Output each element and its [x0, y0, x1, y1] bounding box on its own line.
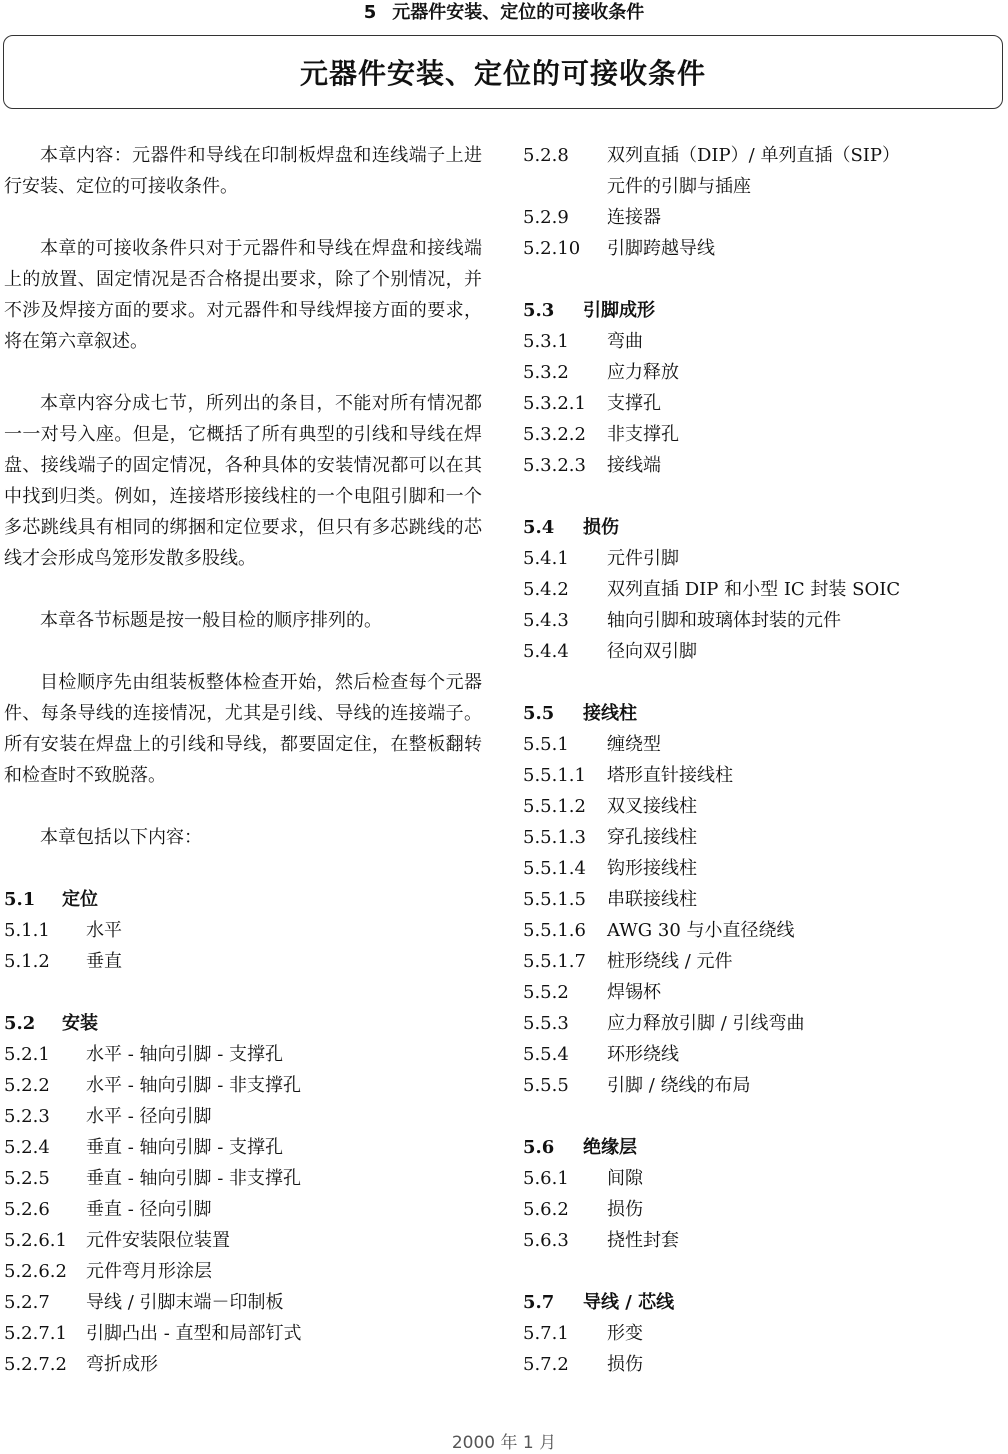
toc-heading: 5.7导线 / 芯线	[523, 1287, 1003, 1318]
toc-item: 5.2.2水平 - 轴向引脚 - 非支撑孔	[4, 1070, 482, 1101]
toc-title: 双列直插（DIP）/ 单列直插（SIP）	[607, 140, 1003, 171]
toc-title: 支撑孔	[607, 388, 1003, 419]
toc-item: 5.5.1.1塔形直针接线柱	[523, 760, 1003, 791]
toc-item: 5.3.2应力释放	[523, 357, 1003, 388]
toc-title: AWG 30 与小直径绕线	[607, 915, 1003, 946]
toc-title: 绝缘层	[583, 1132, 1003, 1163]
running-header: 5元器件安装、定位的可接收条件	[0, 0, 1008, 26]
toc-item: 5.3.2.1支撑孔	[523, 388, 1003, 419]
toc-number: 5.5.1.7	[523, 946, 607, 977]
toc-title: 连接器	[607, 202, 1003, 233]
left-column: 本章内容：元器件和导线在印制板焊盘和连线端子上进行安装、定位的可接收条件。 本章…	[4, 140, 482, 1411]
toc-title: 钩形接线柱	[607, 853, 1003, 884]
toc-number: 5.2.5	[4, 1163, 86, 1194]
toc-section-5-3: 5.3引脚成形 5.3.1弯曲 5.3.2应力释放 5.3.2.1支撑孔 5.3…	[523, 295, 1003, 481]
toc-item: 5.1.2垂直	[4, 946, 482, 977]
toc-number: 5.2.8	[523, 140, 607, 171]
chapter-title-box: 元器件安装、定位的可接收条件	[3, 35, 1003, 109]
toc-item: 5.5.1.6AWG 30 与小直径绕线	[523, 915, 1003, 946]
toc-item: 5.2.7.2弯折成形	[4, 1349, 482, 1380]
toc-number: 5.2	[4, 1008, 62, 1039]
toc-number: 5.2.3	[4, 1101, 86, 1132]
intro-paragraph: 本章各节标题是按一般目检的顺序排列的。	[4, 605, 482, 636]
intro-paragraph: 本章的可接收条件只对于元器件和导线在焊盘和接线端上的放置、固定情况是否合格提出要…	[4, 233, 482, 357]
toc-item: 5.5.1.5串联接线柱	[523, 884, 1003, 915]
toc-title: 径向双引脚	[607, 636, 1003, 667]
toc-title: 接线端	[607, 450, 1003, 481]
toc-title: 元件弯月形涂层	[86, 1256, 482, 1287]
toc-item: 5.4.1元件引脚	[523, 543, 1003, 574]
toc-title: 应力释放	[607, 357, 1003, 388]
toc-item: 5.5.1.3穿孔接线柱	[523, 822, 1003, 853]
toc-item: 5.5.1缠绕型	[523, 729, 1003, 760]
toc-item: 5.5.3应力释放引脚 / 引线弯曲	[523, 1008, 1003, 1039]
toc-title: 环形绕线	[607, 1039, 1003, 1070]
toc-title: 水平 - 径向引脚	[86, 1101, 482, 1132]
toc-item: 5.2.4垂直 - 轴向引脚 - 支撑孔	[4, 1132, 482, 1163]
toc-number: 5.7	[523, 1287, 583, 1318]
toc-number: 5.2.4	[4, 1132, 86, 1163]
toc-number: 5.2.1	[4, 1039, 86, 1070]
toc-heading: 5.3引脚成形	[523, 295, 1003, 326]
intro-paragraph: 本章内容分成七节，所列出的条目，不能对所有情况都一一对号入座。但是，它概括了所有…	[4, 388, 482, 574]
toc-title: 引脚 / 绕线的布局	[607, 1070, 1003, 1101]
toc-title: 引脚凸出 - 直型和局部钉式	[86, 1318, 482, 1349]
toc-number: 5.2.6	[4, 1194, 86, 1225]
toc-item: 5.5.5引脚 / 绕线的布局	[523, 1070, 1003, 1101]
toc-item: 5.5.2焊锡杯	[523, 977, 1003, 1008]
toc-item: 5.7.1形变	[523, 1318, 1003, 1349]
toc-number: 5.5.1.5	[523, 884, 607, 915]
toc-title: 轴向引脚和玻璃体封装的元件	[607, 605, 1003, 636]
toc-number: 5.2.9	[523, 202, 607, 233]
intro-paragraph: 本章包括以下内容：	[4, 822, 482, 853]
toc-title: 接线柱	[583, 698, 1003, 729]
toc-number: 5.4.4	[523, 636, 607, 667]
toc-item: 5.1.1水平	[4, 915, 482, 946]
toc-title: 串联接线柱	[607, 884, 1003, 915]
toc-section-5-4: 5.4损伤 5.4.1元件引脚 5.4.2双列直插 DIP 和小型 IC 封装 …	[523, 512, 1003, 667]
page-footer-date: 2000 年 1 月	[0, 1428, 1008, 1453]
toc-title: 穿孔接线柱	[607, 822, 1003, 853]
toc-item: 5.6.1间隙	[523, 1163, 1003, 1194]
toc-number: 5.2.7.1	[4, 1318, 86, 1349]
toc-heading: 5.1定位	[4, 884, 482, 915]
toc-number: 5.2.2	[4, 1070, 86, 1101]
toc-title: 元件安装限位装置	[86, 1225, 482, 1256]
toc-item: 5.5.1.2双叉接线柱	[523, 791, 1003, 822]
toc-title: 垂直 - 轴向引脚 - 非支撑孔	[86, 1163, 482, 1194]
toc-number: 5.1.1	[4, 915, 86, 946]
toc-number: 5.5	[523, 698, 583, 729]
toc-item: 5.6.3挠性封套	[523, 1225, 1003, 1256]
toc-heading: 5.5接线柱	[523, 698, 1003, 729]
toc-title: 双叉接线柱	[607, 791, 1003, 822]
toc-title: 非支撑孔	[607, 419, 1003, 450]
toc-number: 5.5.1.6	[523, 915, 607, 946]
toc-number: 5.5.1.3	[523, 822, 607, 853]
toc-title: 弯曲	[607, 326, 1003, 357]
toc-item: 5.2.6垂直 - 径向引脚	[4, 1194, 482, 1225]
toc-title: 形变	[607, 1318, 1003, 1349]
toc-number: 5.6.1	[523, 1163, 607, 1194]
toc-title: 间隙	[607, 1163, 1003, 1194]
toc-title: 焊锡杯	[607, 977, 1003, 1008]
toc-number: 5.4.1	[523, 543, 607, 574]
toc-item: 5.2.5垂直 - 轴向引脚 - 非支撑孔	[4, 1163, 482, 1194]
toc-item: 5.4.4径向双引脚	[523, 636, 1003, 667]
toc-title: 应力释放引脚 / 引线弯曲	[607, 1008, 1003, 1039]
toc-title: 桩形绕线 / 元件	[607, 946, 1003, 977]
toc-number: 5.5.1.1	[523, 760, 607, 791]
toc-number: 5.5.1.4	[523, 853, 607, 884]
toc-title: 导线 / 芯线	[583, 1287, 1003, 1318]
toc-title: 水平 - 轴向引脚 - 非支撑孔	[86, 1070, 482, 1101]
toc-heading: 5.6绝缘层	[523, 1132, 1003, 1163]
toc-item: 5.4.3轴向引脚和玻璃体封装的元件	[523, 605, 1003, 636]
toc-item: 5.2.7导线 / 引脚末端－印制板	[4, 1287, 482, 1318]
toc-right: 5.2.8双列直插（DIP）/ 单列直插（SIP） 元件的引脚与插座 5.2.9…	[523, 140, 1003, 1411]
toc-item-continuation: 元件的引脚与插座	[523, 171, 1003, 202]
toc-number: 5.4.2	[523, 574, 607, 605]
toc-section-5-7: 5.7导线 / 芯线 5.7.1形变 5.7.2损伤	[523, 1287, 1003, 1380]
toc-item: 5.2.6.1元件安装限位装置	[4, 1225, 482, 1256]
toc-number: 5.2.6.2	[4, 1256, 86, 1287]
intro-paragraph: 本章内容：元器件和导线在印制板焊盘和连线端子上进行安装、定位的可接收条件。	[4, 140, 482, 202]
toc-section-5-5: 5.5接线柱 5.5.1缠绕型 5.5.1.1塔形直针接线柱 5.5.1.2双叉…	[523, 698, 1003, 1101]
chapter-title: 元器件安装、定位的可接收条件	[300, 52, 706, 92]
toc-item: 5.2.9连接器	[523, 202, 1003, 233]
toc-title: 损伤	[607, 1349, 1003, 1380]
toc-number: 5.3.2.3	[523, 450, 607, 481]
toc-number: 5.1.2	[4, 946, 86, 977]
toc-section-5-1: 5.1定位 5.1.1水平 5.1.2垂直	[4, 884, 482, 977]
toc-item: 5.2.10引脚跨越导线	[523, 233, 1003, 264]
toc-title: 水平 - 轴向引脚 - 支撑孔	[86, 1039, 482, 1070]
intro-paragraph: 目检顺序先由组装板整体检查开始，然后检查每个元器件、每条导线的连接情况，尤其是引…	[4, 667, 482, 791]
toc-item: 5.4.2双列直插 DIP 和小型 IC 封装 SOIC	[523, 574, 1003, 605]
toc-number: 5.2.6.1	[4, 1225, 86, 1256]
toc-title: 定位	[62, 884, 482, 915]
running-title: 元器件安装、定位的可接收条件	[392, 2, 644, 23]
toc-item: 5.5.1.4钩形接线柱	[523, 853, 1003, 884]
toc-title: 元件引脚	[607, 543, 1003, 574]
toc-section-5-6: 5.6绝缘层 5.6.1间隙 5.6.2损伤 5.6.3挠性封套	[523, 1132, 1003, 1256]
toc-number: 5.4	[523, 512, 583, 543]
toc-number: 5.6.2	[523, 1194, 607, 1225]
toc-number: 5.3.2	[523, 357, 607, 388]
toc-left: 5.1定位 5.1.1水平 5.1.2垂直 5.2安装 5.2.1水平 - 轴向…	[4, 884, 482, 1380]
toc-title: 水平	[86, 915, 482, 946]
toc-number: 5.7.1	[523, 1318, 607, 1349]
toc-continued: 5.2.8双列直插（DIP）/ 单列直插（SIP） 元件的引脚与插座 5.2.9…	[523, 140, 1003, 264]
toc-title: 缠绕型	[607, 729, 1003, 760]
toc-title: 双列直插 DIP 和小型 IC 封装 SOIC	[607, 574, 1003, 605]
toc-number: 5.5.4	[523, 1039, 607, 1070]
toc-item: 5.7.2损伤	[523, 1349, 1003, 1380]
toc-number: 5.1	[4, 884, 62, 915]
toc-number: 5.5.1	[523, 729, 607, 760]
toc-number: 5.6	[523, 1132, 583, 1163]
toc-number: 5.5.1.2	[523, 791, 607, 822]
toc-title: 引脚跨越导线	[607, 233, 1003, 264]
toc-title: 引脚成形	[583, 295, 1003, 326]
toc-section-5-2: 5.2安装 5.2.1水平 - 轴向引脚 - 支撑孔 5.2.2水平 - 轴向引…	[4, 1008, 482, 1380]
toc-item: 5.3.2.3接线端	[523, 450, 1003, 481]
toc-item: 5.5.1.7桩形绕线 / 元件	[523, 946, 1003, 977]
toc-item: 5.2.1水平 - 轴向引脚 - 支撑孔	[4, 1039, 482, 1070]
toc-title: 挠性封套	[607, 1225, 1003, 1256]
toc-number: 5.5.5	[523, 1070, 607, 1101]
chapter-number: 5	[364, 2, 377, 23]
toc-item: 5.2.6.2元件弯月形涂层	[4, 1256, 482, 1287]
toc-number: 5.3.2.2	[523, 419, 607, 450]
toc-number: 5.3	[523, 295, 583, 326]
toc-number: 5.2.7.2	[4, 1349, 86, 1380]
toc-title: 垂直 - 轴向引脚 - 支撑孔	[86, 1132, 482, 1163]
toc-title: 损伤	[583, 512, 1003, 543]
toc-title: 导线 / 引脚末端－印制板	[86, 1287, 482, 1318]
toc-heading: 5.4损伤	[523, 512, 1003, 543]
toc-title: 垂直 - 径向引脚	[86, 1194, 482, 1225]
toc-item: 5.3.1弯曲	[523, 326, 1003, 357]
toc-title: 损伤	[607, 1194, 1003, 1225]
toc-number: 5.2.10	[523, 233, 607, 264]
toc-item: 5.2.7.1引脚凸出 - 直型和局部钉式	[4, 1318, 482, 1349]
toc-number: 5.7.2	[523, 1349, 607, 1380]
toc-title: 弯折成形	[86, 1349, 482, 1380]
toc-title: 安装	[62, 1008, 482, 1039]
toc-title: 塔形直针接线柱	[607, 760, 1003, 791]
toc-number: 5.6.3	[523, 1225, 607, 1256]
toc-item: 5.2.8双列直插（DIP）/ 单列直插（SIP）	[523, 140, 1003, 171]
toc-number: 5.2.7	[4, 1287, 86, 1318]
toc-number: 5.5.3	[523, 1008, 607, 1039]
toc-title: 元件的引脚与插座	[523, 171, 1003, 202]
toc-number: 5.3.2.1	[523, 388, 607, 419]
toc-number: 5.4.3	[523, 605, 607, 636]
toc-item: 5.5.4环形绕线	[523, 1039, 1003, 1070]
toc-title: 垂直	[86, 946, 482, 977]
toc-heading: 5.2安装	[4, 1008, 482, 1039]
toc-number: 5.5.2	[523, 977, 607, 1008]
toc-item: 5.2.3水平 - 径向引脚	[4, 1101, 482, 1132]
toc-number: 5.3.1	[523, 326, 607, 357]
toc-item: 5.6.2损伤	[523, 1194, 1003, 1225]
toc-item: 5.3.2.2非支撑孔	[523, 419, 1003, 450]
